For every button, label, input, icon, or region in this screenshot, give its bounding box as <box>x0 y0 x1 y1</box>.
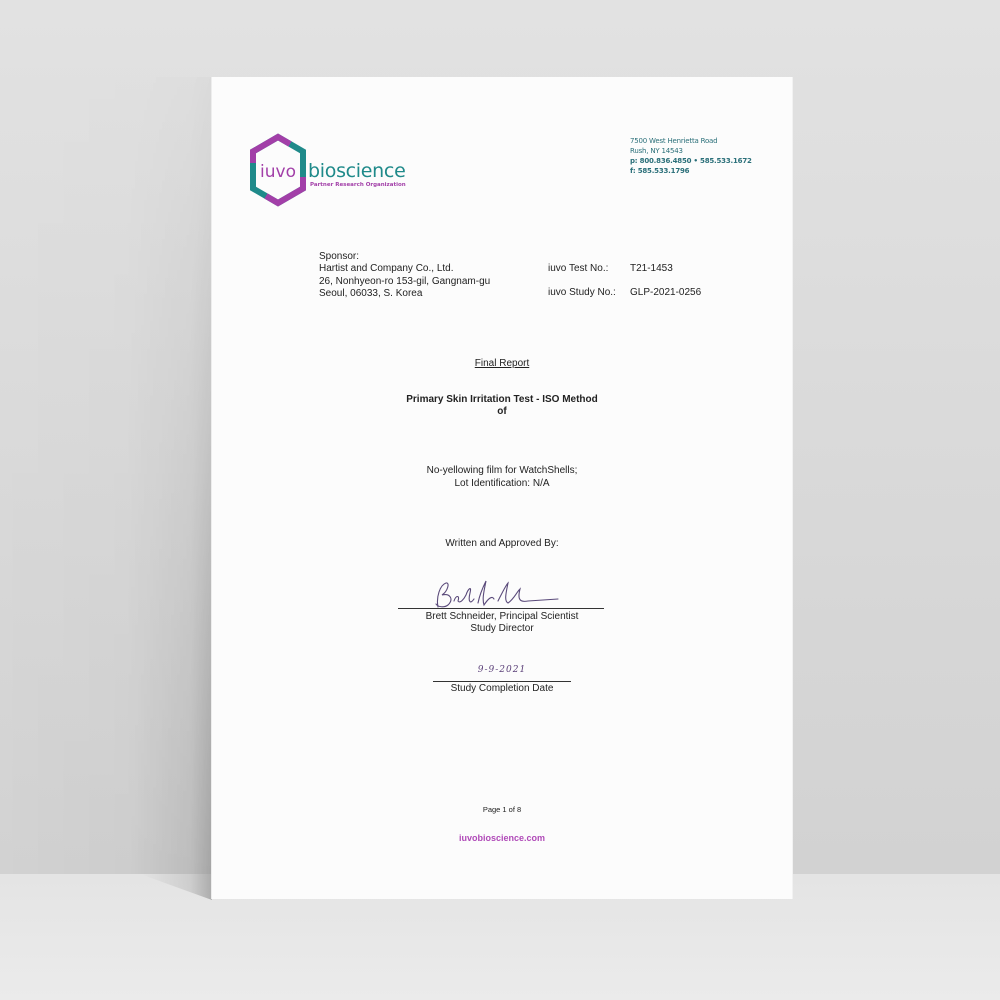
signer-block: Brett Schneider, Principal Scientist Stu… <box>212 611 792 635</box>
date-line <box>433 681 571 682</box>
handwritten-date: 9-9-2021 <box>432 665 572 675</box>
sponsor-address-line1: 26, Nonhyeon-ro 153-gil, Gangnam-gu <box>319 276 490 288</box>
hexagon-logo-icon: iuvo <box>248 133 308 209</box>
report-title: Primary Skin Irritation Test - ISO Metho… <box>212 394 792 418</box>
sponsor-block: Sponsor: Hartist and Company Co., Ltd. 2… <box>319 251 490 300</box>
report-page: iuvo bioscience Partner Research Organiz… <box>212 77 792 899</box>
company-address: 7500 West Henrietta Road Rush, NY 14543 … <box>630 136 752 176</box>
signer-role: Study Director <box>212 623 792 635</box>
study-number-label: iuvo Study No.: <box>548 287 616 298</box>
handwritten-signature-icon <box>398 577 604 611</box>
test-number-value: T21-1453 <box>630 263 673 274</box>
approval-label: Written and Approved By: <box>212 538 792 549</box>
phone-prefix: p: <box>630 157 637 165</box>
logo-wordmark: bioscience <box>308 160 405 182</box>
test-subject: No-yellowing film for WatchShells; Lot I… <box>212 465 792 490</box>
test-subject-line2: Lot Identification: N/A <box>212 478 792 491</box>
website-link[interactable]: iuvobioscience.com <box>212 833 792 843</box>
address-fax: f: 585.533.1796 <box>630 166 752 176</box>
completion-date-label: Study Completion Date <box>212 683 792 694</box>
fax-prefix: f: <box>630 167 635 175</box>
address-street: 7500 West Henrietta Road <box>630 136 752 146</box>
paper-shadow <box>0 77 212 874</box>
report-type: Final Report <box>212 358 792 369</box>
svg-text:iuvo: iuvo <box>260 162 296 182</box>
logo-tagline: Partner Research Organization <box>310 182 406 188</box>
signer-name-title: Brett Schneider, Principal Scientist <box>212 611 792 623</box>
report-title-line2: of <box>212 406 792 418</box>
address-city: Rush, NY 14543 <box>630 146 752 156</box>
test-subject-line1: No-yellowing film for WatchShells; <box>212 465 792 478</box>
fax-number: 585.533.1796 <box>638 167 690 175</box>
sponsor-name: Hartist and Company Co., Ltd. <box>319 263 490 275</box>
sponsor-label: Sponsor: <box>319 251 490 263</box>
study-number-value: GLP-2021-0256 <box>630 287 701 298</box>
page-number: Page 1 of 8 <box>212 805 792 814</box>
company-logo: iuvo bioscience Partner Research Organiz… <box>248 133 308 209</box>
phone-numbers: 800.836.4850 • 585.533.1672 <box>640 157 752 165</box>
report-title-line1: Primary Skin Irritation Test - ISO Metho… <box>212 394 792 406</box>
signature-line <box>398 608 604 609</box>
address-phone: p: 800.836.4850 • 585.533.1672 <box>630 156 752 166</box>
signature <box>398 577 604 611</box>
test-number-label: iuvo Test No.: <box>548 263 608 274</box>
sponsor-address-line2: Seoul, 06033, S. Korea <box>319 288 490 300</box>
